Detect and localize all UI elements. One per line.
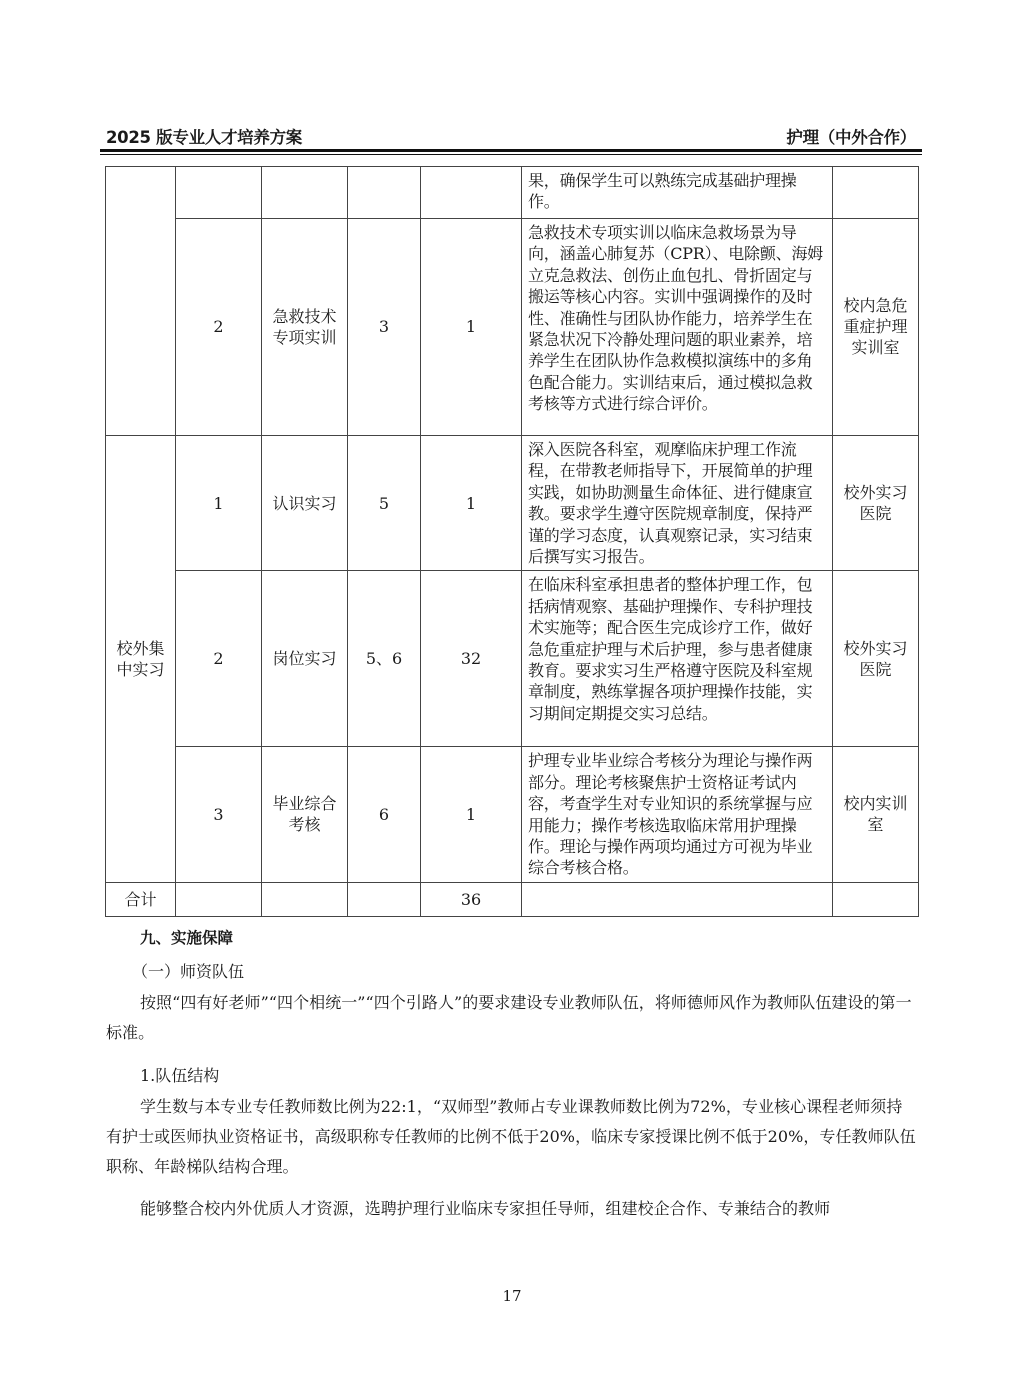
table-row-emergency-training: 2 急救技术 专项实训 3 1 急救技术专项实训以临床急救场景为导向，涵盖心肺复…: [106, 219, 919, 436]
weeks-cell: 1: [421, 436, 522, 571]
program-name: 护理（中外合作）: [786, 124, 916, 148]
section-title: 九、实施保障: [140, 926, 233, 948]
location-cell: 校外实习 医院: [833, 436, 919, 571]
semester-cell: 5、6: [348, 571, 421, 747]
weeks-cell: 1: [421, 747, 522, 882]
name-cell: 急救技术 专项实训: [262, 219, 348, 436]
item-title: 1.队伍结构: [140, 1063, 219, 1086]
table-row-continued: 果，确保学生可以熟练完成基础护理操作。: [106, 167, 919, 219]
index-cell: 3: [176, 747, 262, 882]
name-cell: 岗位实习: [262, 571, 348, 747]
group-cell-previous: [106, 167, 176, 436]
subsection-title: （一）师资队伍: [132, 959, 244, 982]
location-cell: 校内急危 重症护理 实训室: [833, 219, 919, 436]
page-header: 2025 版专业人才培养方案 护理（中外合作）: [100, 120, 922, 150]
group-cell-off-campus: 校外集 中实习: [106, 436, 176, 883]
table-row-post-internship: 2 岗位实习 5、6 32 在临床科室承担患者的整体护理工作，包括病情观察、基础…: [106, 571, 919, 747]
semester-cell: 5: [348, 436, 421, 571]
name-cell: 认识实习: [262, 436, 348, 571]
table-row-total: 合计 36: [106, 882, 919, 916]
description-cell: 深入医院各科室，观摩临床护理工作流程，在带教老师指导下，开展简单的护理实践，如协…: [522, 436, 833, 571]
page-number: 17: [0, 1287, 1024, 1305]
table-row-cognitive-internship: 校外集 中实习 1 认识实习 5 1 深入医院各科室，观摩临床护理工作流程，在带…: [106, 436, 919, 571]
header-rule-thin: [100, 154, 922, 155]
index-cell: 2: [176, 571, 262, 747]
weeks-cell: 32: [421, 571, 522, 747]
description-cell: 急救技术专项实训以临床急救场景为导向，涵盖心肺复苏（CPR）、电除颤、海姆立克急…: [522, 219, 833, 436]
location-cell: 校内实训 室: [833, 747, 919, 882]
name-cell: 毕业综合 考核: [262, 747, 348, 882]
location-cell: 校外实习 医院: [833, 571, 919, 747]
index-cell: 2: [176, 219, 262, 436]
total-label-cell: 合计: [106, 882, 176, 916]
paragraph-teacher-standard: 按照“四有好老师”“四个相统一”“四个引路人”的要求建设专业教师队伍，将师德师风…: [106, 988, 918, 1048]
document-title: 2025 版专业人才培养方案: [106, 124, 302, 148]
description-cell: 护理专业毕业综合考核分为理论与操作两部分。理论考核聚焦护士资格证考试内容，考查学…: [522, 747, 833, 882]
paragraph-resource-integration: 能够整合校内外优质人才资源，选聘护理行业临床专家担任导师，组建校企合作、专兼结合…: [106, 1194, 918, 1224]
index-cell: 1: [176, 436, 262, 571]
semester-cell: 6: [348, 747, 421, 882]
paragraph-team-structure: 学生数与本专业专任教师数比例为22:1，“双师型”教师占专业课教师数比例为72%…: [106, 1092, 918, 1182]
description-cell: 果，确保学生可以熟练完成基础护理操作。: [522, 167, 833, 219]
semester-cell: 3: [348, 219, 421, 436]
weeks-cell: 1: [421, 219, 522, 436]
practice-table: 果，确保学生可以熟练完成基础护理操作。 2 急救技术 专项实训 3 1 急救技术…: [105, 166, 919, 917]
header-rule-thick: [100, 149, 922, 152]
description-cell: 在临床科室承担患者的整体护理工作，包括病情观察、基础护理操作、专科护理技术实施等…: [522, 571, 833, 747]
table-row-graduation-assessment: 3 毕业综合 考核 6 1 护理专业毕业综合考核分为理论与操作两部分。理论考核聚…: [106, 747, 919, 882]
total-weeks-cell: 36: [421, 882, 522, 916]
